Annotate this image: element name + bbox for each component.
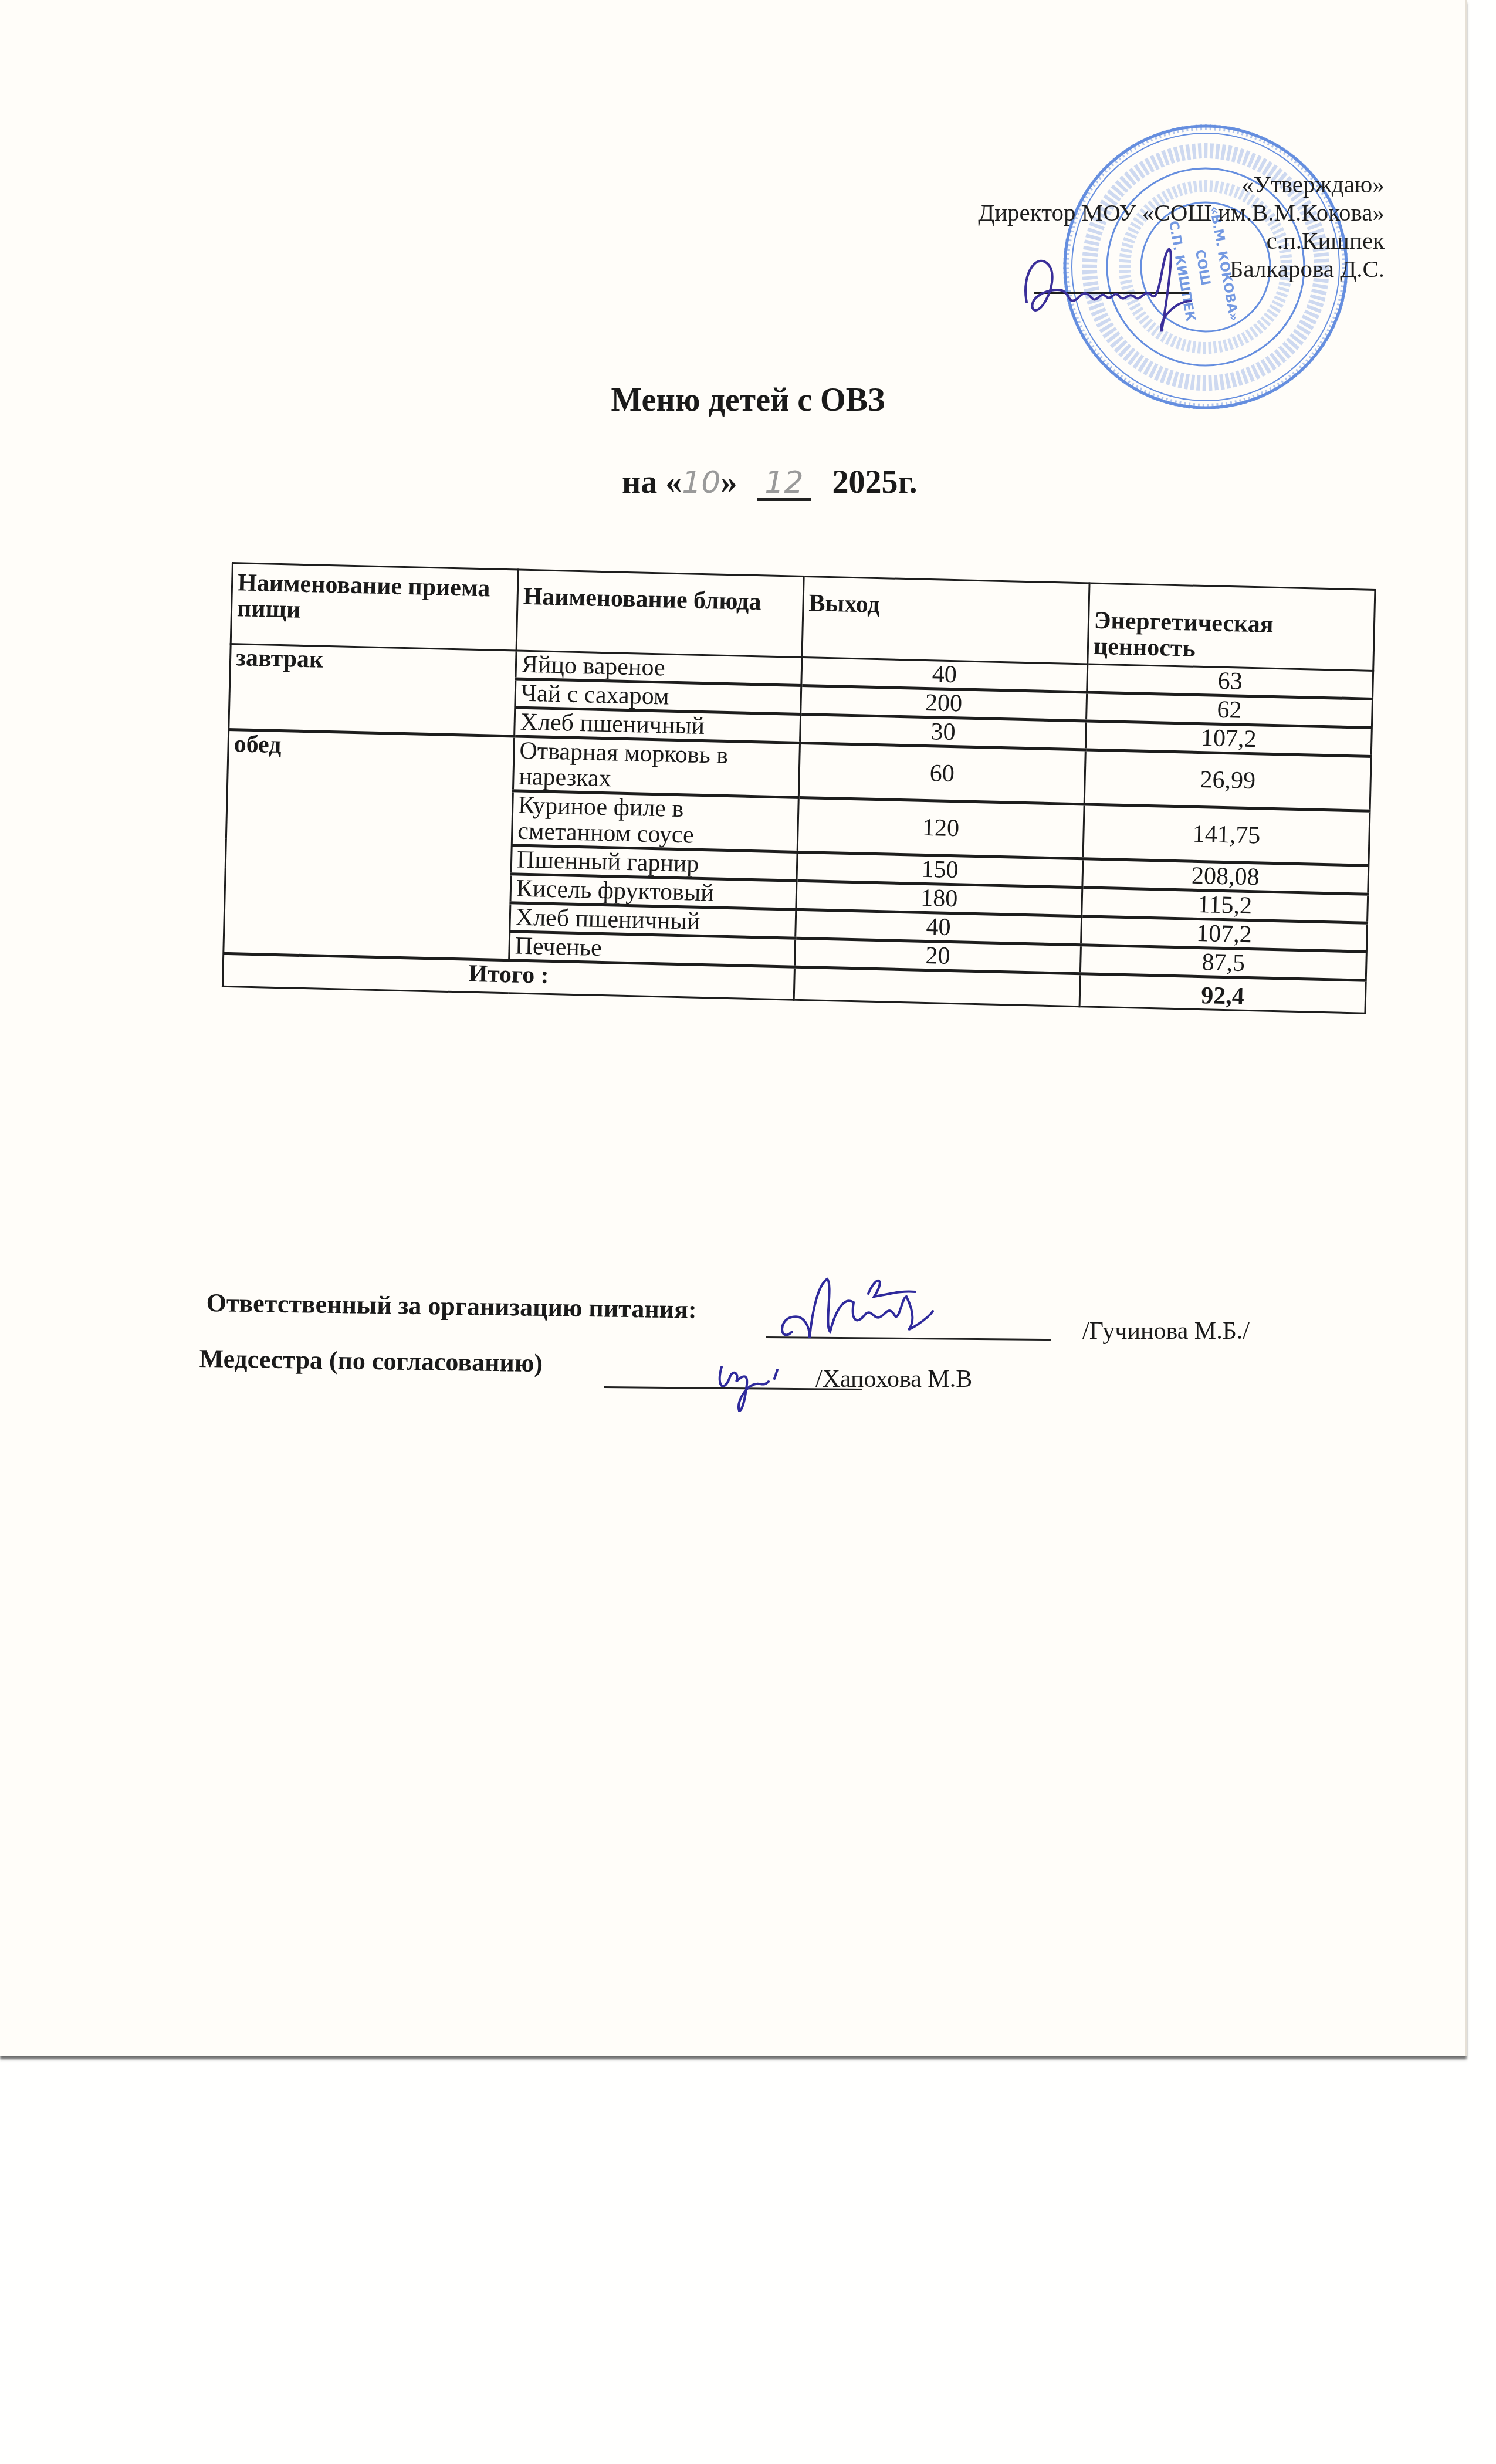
total-output xyxy=(794,967,1080,1006)
dish-energy: 26,99 xyxy=(1084,750,1371,811)
column-header-dish: Наименование блюда xyxy=(516,570,804,657)
meal-name: завтрак xyxy=(229,644,516,736)
menu-table: Наименование приема пищи Наименование бл… xyxy=(222,562,1375,1014)
approval-heading: «Утверждаю» xyxy=(978,170,1385,198)
director-signature-icon xyxy=(1015,232,1203,337)
approval-position: Директор МОУ «СОШ им.В.М.Кокова» xyxy=(978,198,1385,226)
nurse-name: /Хапохова М.В xyxy=(815,1365,972,1393)
total-energy: 92,4 xyxy=(1079,974,1366,1013)
date-year: 2025г. xyxy=(832,464,917,500)
date-day: 10 xyxy=(682,465,720,500)
nurse-label: Медсестра (по согласованию) xyxy=(199,1343,543,1378)
page-title: Меню детей с ОВЗ xyxy=(0,381,1496,419)
dish-energy: 141,75 xyxy=(1083,804,1370,865)
menu-date: на «10» 12 2025г. xyxy=(622,463,918,501)
column-header-meal: Наименование приема пищи xyxy=(231,563,518,651)
column-header-energy: Энергетическая ценность xyxy=(1088,583,1375,671)
responsible-signature-icon xyxy=(774,1261,986,1349)
date-prefix: на « xyxy=(622,464,682,500)
responsible-name: /Гучинова М.Б./ xyxy=(1082,1317,1250,1345)
date-mid: » xyxy=(720,464,737,500)
meal-name: обед xyxy=(224,729,515,960)
nurse-signature-icon xyxy=(713,1352,795,1417)
dish-output: 120 xyxy=(797,797,1084,858)
column-header-output: Выход xyxy=(802,576,1089,664)
dish-output: 60 xyxy=(798,743,1085,804)
dish-name: Отварная морковь в нарезках xyxy=(513,736,800,797)
date-month: 12 xyxy=(757,468,811,501)
dish-name: Куриное филе в сметанном соусе xyxy=(512,791,798,852)
